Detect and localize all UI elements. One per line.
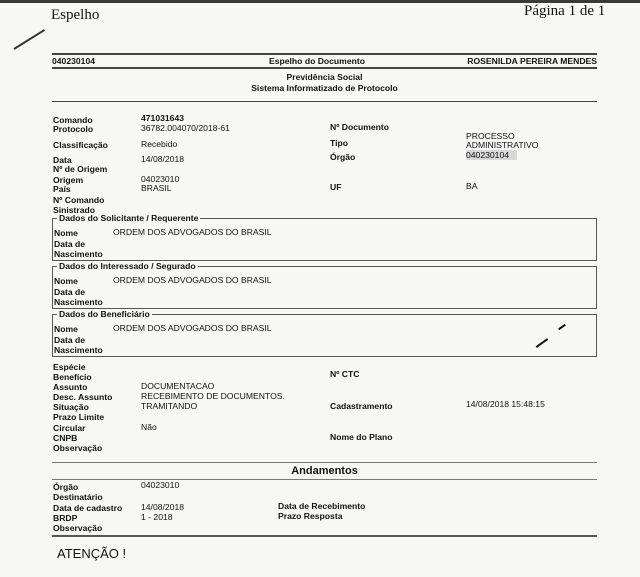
label-brdp: BRDP [53,513,77,523]
label-assunto: Assunto [53,382,87,392]
value-data: 14/08/2018 [141,154,184,164]
section-title: Dados do Beneficiário [57,309,152,319]
footer-rule [52,535,597,537]
label-data-de: Data de [54,239,85,249]
value-orgao: 040230104 [466,150,517,160]
value-comando: 471031643 [141,113,184,123]
value-tipo-2: ADMINISTRATIVO [466,140,538,150]
label-observacao: Observação [53,443,102,453]
value-nome: ORDEM DOS ADVOGADOS DO BRASIL [113,323,272,333]
value-desc-assunto: RECEBIMENTO DE DOCUMENTOS. [141,391,285,401]
label-classificacao: Classificação [53,140,108,150]
header-bottom-rule [52,67,597,69]
label-n-ctc: Nº CTC [330,369,359,379]
value-uf: BA [466,181,477,191]
section-beneficiario: Dados do Beneficiário Nome ORDEM DOS ADV… [52,314,597,357]
andamentos-top-rule [52,462,597,463]
label-uf: UF [330,182,341,192]
page-title: Espelho [51,7,99,24]
label-protocolo: Protocolo [53,124,93,134]
pen-mark [536,338,549,348]
doc-header-bar: 040230104 Espelho do Documento ROSENILDA… [52,56,597,66]
label-nascimento: Nascimento [54,345,103,355]
label-nome: Nome [54,228,78,238]
pen-mark [558,324,566,330]
label-nome: Nome [54,276,78,286]
page-indicator: Página 1 de 1 [524,3,605,20]
andamentos-title: Andamentos [52,465,597,477]
value-classificacao: Recebido [141,139,177,149]
doc-title: Espelho do Documento [269,56,365,66]
section-title: Dados do Interessado / Segurado [57,261,198,271]
label-situacao: Situação [53,402,89,412]
value-data-cadastro: 14/08/2018 [141,502,184,512]
label-cnpb: CNPB [53,433,77,443]
label-orgao: Órgão [330,152,355,162]
user-name: ROSENILDA PEREIRA MENDES [467,56,597,66]
label-desc-assunto: Desc. Assunto [53,392,112,402]
value-circular: Não [141,422,157,432]
value-protocolo: 36782.004070/2018-61 [141,123,230,133]
label-nome: Nome [54,324,78,334]
org-line-2: Sistema Informatizado de Protocolo [52,83,597,93]
label-n-origem: Nº de Origem [53,164,107,174]
label-especie: Espécie [53,362,86,372]
label-orgao-andamento: Órgão [53,482,78,492]
value-nome: ORDEM DOS ADVOGADOS DO BRASIL [113,275,272,285]
label-pais: País [53,184,71,194]
pen-mark [13,29,45,50]
label-nascimento: Nascimento [54,249,103,259]
header-top-rule [52,53,597,55]
label-prazo-limite: Prazo Limite [53,412,104,422]
label-data-de: Data de [54,335,85,345]
value-orgao-andamento: 04023010 [141,480,179,490]
value-assunto: DOCUMENTACAO [141,381,214,391]
label-nome-plano: Nome do Plano [330,432,393,442]
value-brdp: 1 - 2018 [141,512,173,522]
label-data-cadastro: Data de cadastro [53,503,122,513]
label-n-comando: Nº Comando [53,195,104,205]
org-line-1: Previdência Social [52,72,597,82]
value-cadastramento: 14/08/2018 15:48:15 [466,399,545,409]
section-solicitante: Dados do Solicitante / Requerente Nome O… [52,218,597,261]
label-data-recebimento: Data de Recebimento [278,501,365,511]
doc-code: 040230104 [52,56,95,66]
label-cadastramento: Cadastramento [330,401,393,411]
label-destinatario: Destinatário [53,492,103,502]
value-pais: BRASIL [141,183,172,193]
value-nome: ORDEM DOS ADVOGADOS DO BRASIL [113,227,272,237]
section-interessado: Dados do Interessado / Segurado Nome ORD… [52,266,597,309]
attention-heading: ATENÇÃO ! [57,546,126,561]
value-situacao: TRAMITANDO [141,401,197,411]
label-beneficio: Benefício [53,372,92,382]
label-circular: Circular [53,423,85,433]
label-prazo-resposta: Prazo Resposta [278,511,342,521]
label-data-de: Data de [54,287,85,297]
org-rule [52,101,597,102]
label-nascimento: Nascimento [54,297,103,307]
label-observacao-andamento: Observação [53,523,102,533]
section-title: Dados do Solicitante / Requerente [57,213,200,223]
label-tipo: Tipo [330,138,348,148]
label-n-documento: Nº Documento [330,122,389,132]
andamentos-bottom-rule [52,479,597,480]
